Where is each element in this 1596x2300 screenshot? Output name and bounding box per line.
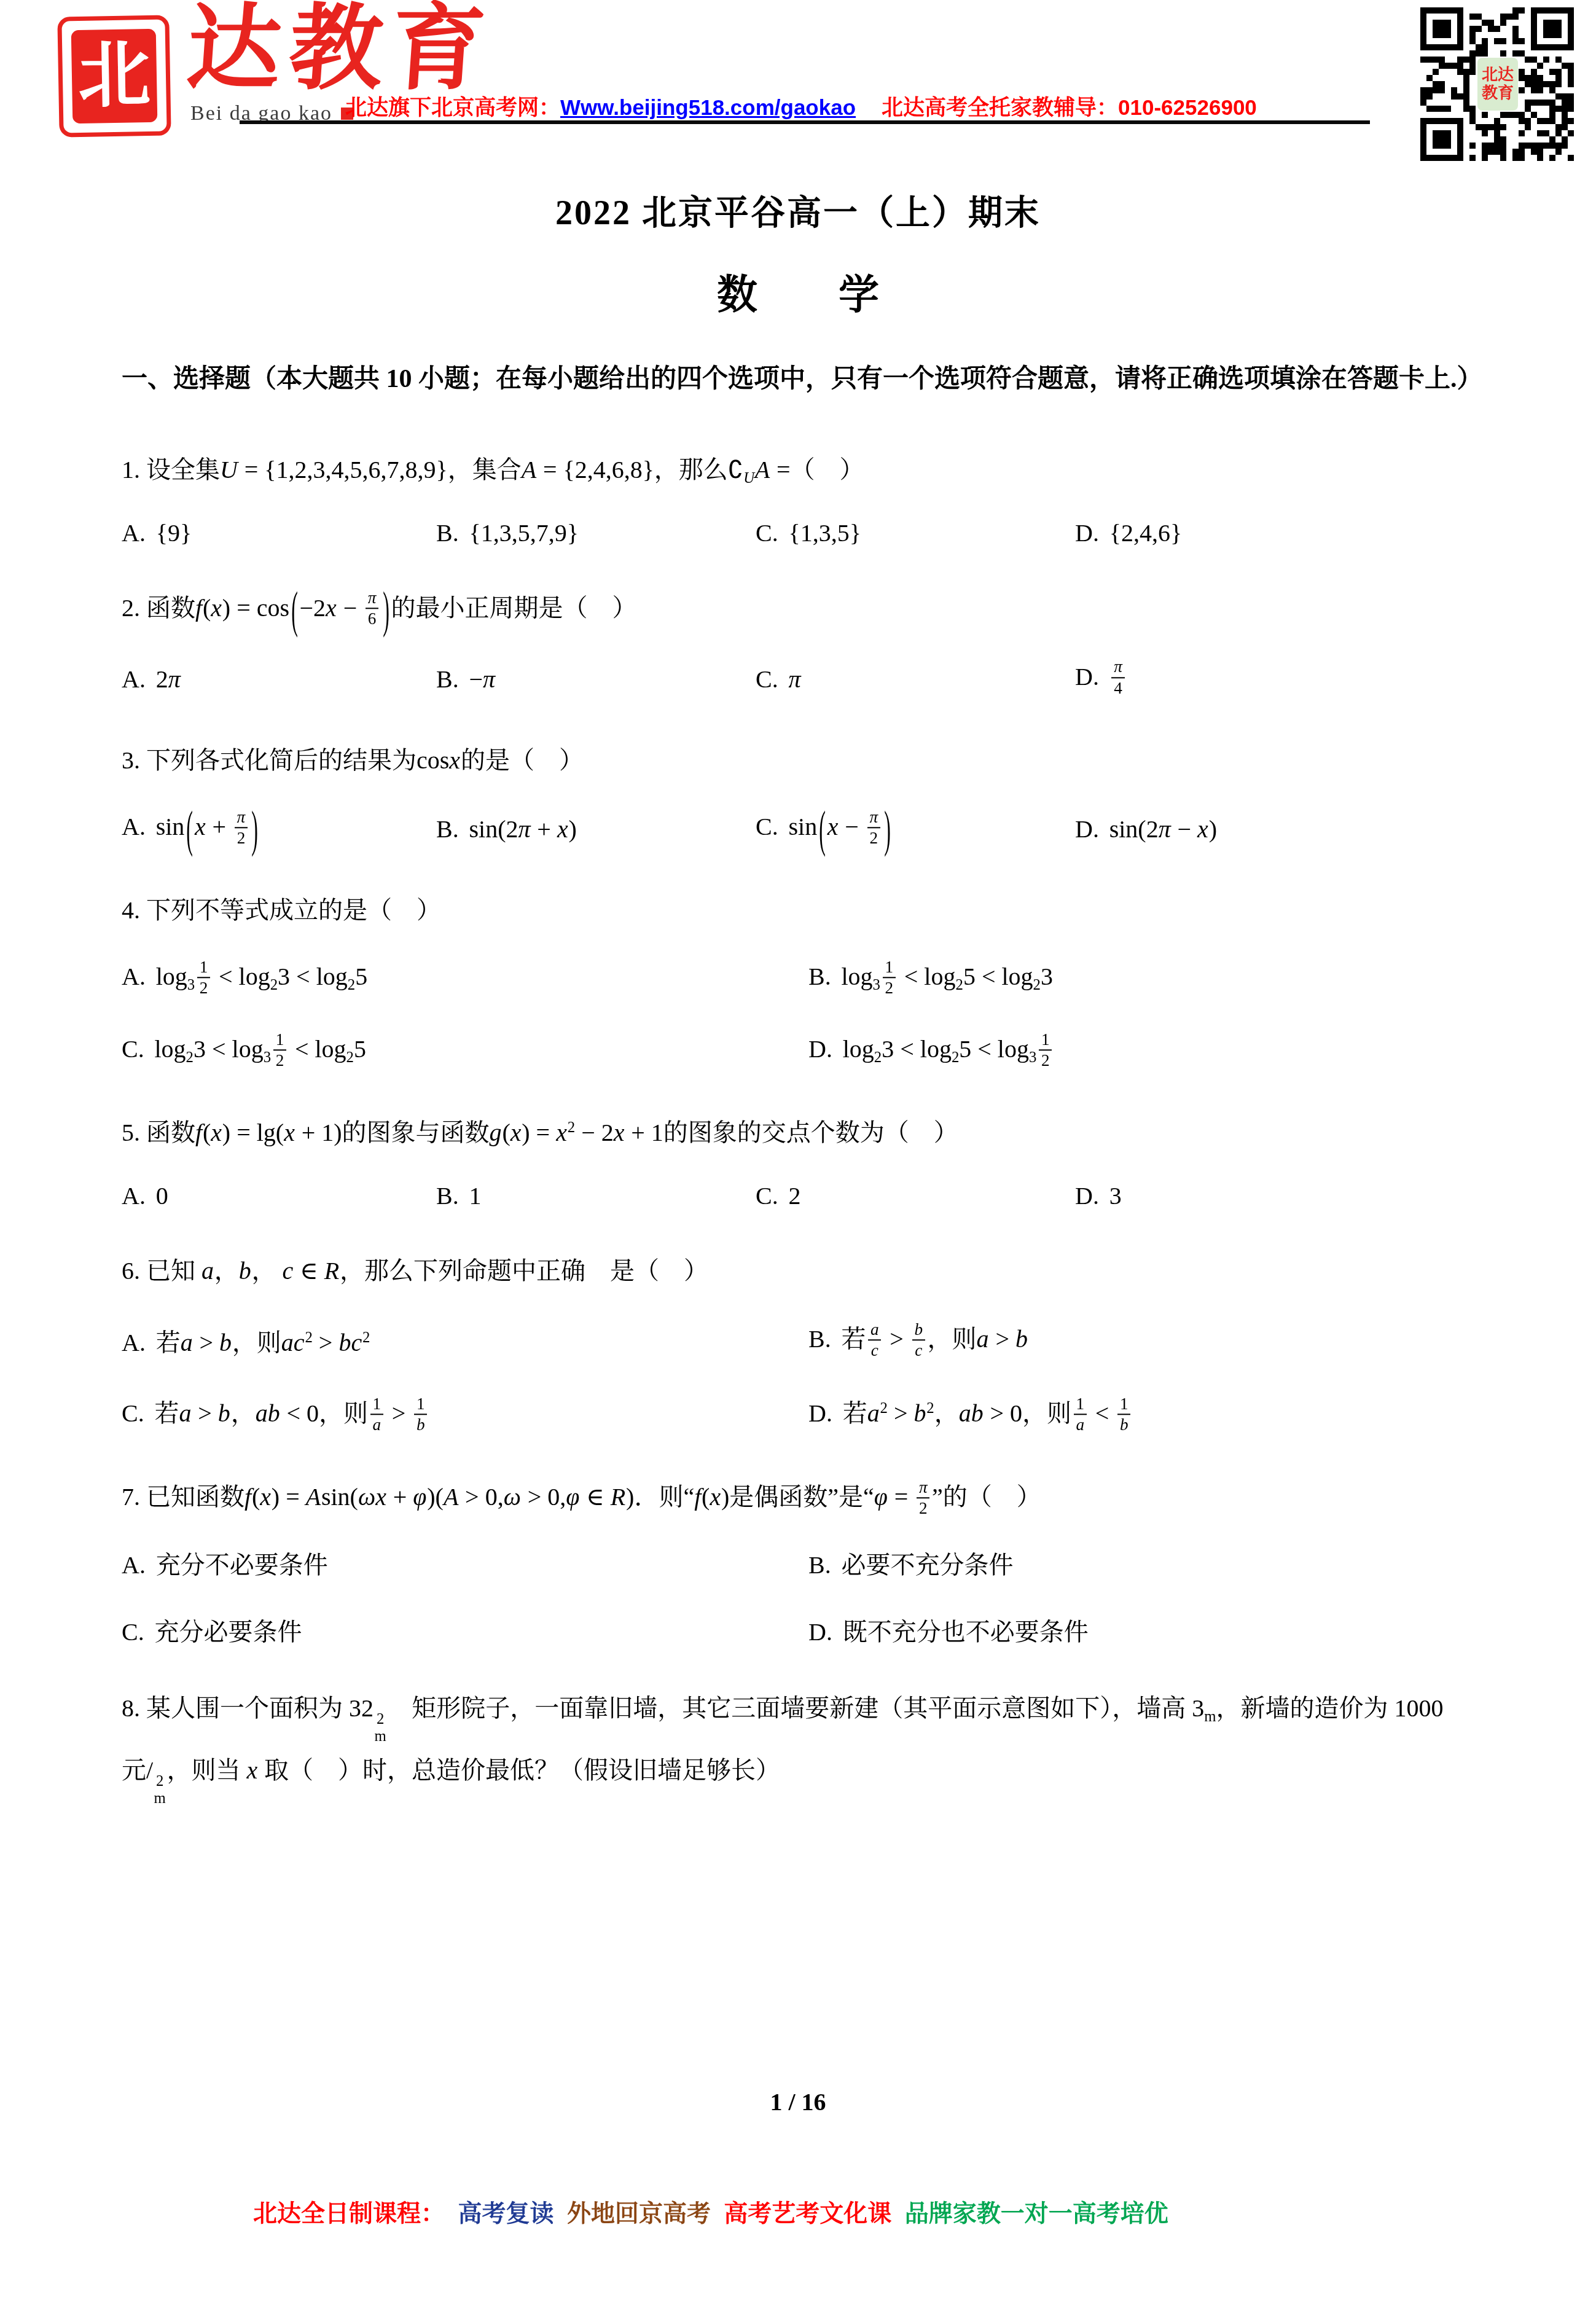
fraction: π2 bbox=[867, 807, 880, 848]
subscript: 2 bbox=[952, 1049, 959, 1066]
text-run: = {1,2,3,4,5,6,7,8,9}，集合 bbox=[238, 456, 522, 483]
text-run: ( bbox=[203, 594, 211, 622]
fraction: bc bbox=[912, 1320, 925, 1360]
math-variable: ab bbox=[959, 1399, 984, 1427]
header-site-label: 北达旗下北京高考网： bbox=[345, 96, 560, 120]
question-stem: 5. 函数f(x) = lg(x + 1)的图象与函数g(x) = x2 − 2… bbox=[122, 1108, 1474, 1158]
text-run: < 0，则 bbox=[280, 1399, 368, 1427]
superscript: 2 bbox=[568, 1120, 575, 1136]
math-variable: f bbox=[195, 1119, 203, 1146]
fraction-numerator: π bbox=[235, 807, 248, 828]
question-3: 3. 下列各式化简后的结果为cosx的是（ ）A.sin(x + π2)B.si… bbox=[122, 735, 1474, 850]
option-label: D. bbox=[808, 1035, 832, 1063]
text-run: ”的（ ） bbox=[932, 1483, 1041, 1511]
unit-stack: 2m bbox=[154, 1773, 166, 1807]
math-variable: A bbox=[755, 456, 770, 483]
text-run: sin bbox=[788, 813, 817, 840]
math-variable: x bbox=[211, 1119, 222, 1146]
option-C: C.π bbox=[756, 665, 1075, 694]
option-label: D. bbox=[808, 1399, 832, 1427]
math-variable: ω bbox=[504, 1483, 522, 1511]
fraction-denominator: c bbox=[912, 1340, 925, 1360]
fraction-numerator: 1 bbox=[197, 957, 210, 978]
text-run: 若 bbox=[156, 1329, 181, 1356]
subscript: 2 bbox=[348, 977, 355, 993]
big-paren-close: ) bbox=[885, 800, 891, 859]
text-run: > 0，则 bbox=[984, 1399, 1071, 1427]
text-run: > bbox=[192, 1399, 218, 1427]
fraction: 12 bbox=[883, 957, 896, 998]
text-run: = {2,4,6,8}，那么∁ bbox=[537, 456, 743, 483]
math-variable: c bbox=[283, 1257, 294, 1285]
text-run: 充分必要条件 bbox=[154, 1618, 302, 1646]
stack-top: 2 bbox=[377, 1711, 384, 1728]
text-run: 1. 设全集 bbox=[122, 456, 220, 483]
math-variable: a bbox=[179, 1399, 192, 1427]
math-variable: f bbox=[694, 1483, 702, 1511]
math-variable: x bbox=[284, 1119, 295, 1146]
option-B: B.{1,3,5,7,9} bbox=[436, 518, 756, 547]
option-label: B. bbox=[436, 665, 459, 693]
text-run: 3 bbox=[1109, 1182, 1122, 1210]
option-A: A.0 bbox=[122, 1181, 436, 1210]
big-paren-close: ) bbox=[252, 800, 259, 859]
fraction: π2 bbox=[235, 807, 248, 848]
text-run: > bbox=[193, 1329, 219, 1356]
logo-stamp-char: 北 bbox=[77, 39, 151, 113]
option-label: D. bbox=[1075, 1182, 1099, 1210]
option-label: A. bbox=[122, 813, 146, 840]
option-label: D. bbox=[1075, 663, 1099, 690]
question-stem: 2. 函数f(x) = cos(−2x − π6)的最小正周期是（ ） bbox=[122, 583, 1474, 636]
option-C: C.充分必要条件 bbox=[122, 1613, 808, 1648]
option-label: D. bbox=[808, 1618, 832, 1646]
math-variable: ac bbox=[281, 1329, 305, 1356]
gaokao-site-link[interactable]: Www.beijing518.com/gaokao bbox=[560, 96, 856, 120]
fraction-numerator: a bbox=[868, 1320, 881, 1340]
option-D: D.log23 < log25 < log312 bbox=[808, 1031, 1474, 1072]
math-variable: x bbox=[211, 594, 222, 622]
text-run: 5 bbox=[354, 1035, 366, 1063]
question-stem: 7. 已知函数f(x) = Asin(ωx + φ)(A > 0,ω > 0,φ… bbox=[122, 1472, 1474, 1522]
question-list: 1. 设全集U = {1,2,3,4,5,6,7,8,9}，集合A = {2,4… bbox=[122, 445, 1474, 1807]
fraction-numerator: 1 bbox=[414, 1394, 427, 1415]
subscript: 2 bbox=[1033, 977, 1041, 993]
subscript: 2 bbox=[186, 1049, 194, 1066]
math-variable: b bbox=[239, 1257, 252, 1285]
text-run: < log bbox=[898, 963, 956, 990]
text-run: 若 bbox=[843, 1399, 867, 1427]
page-header: 北 达教育 Bei da gao kao 北达旗下北京高考网：Www.beiji… bbox=[0, 0, 1596, 152]
fraction-numerator: π bbox=[867, 807, 880, 828]
unit-stack: 2m bbox=[374, 1711, 386, 1745]
text-run: > bbox=[386, 1399, 412, 1427]
text-run: 若 bbox=[841, 1325, 866, 1353]
text-run: log bbox=[154, 1035, 186, 1063]
text-run: 充分不必要条件 bbox=[156, 1551, 328, 1579]
text-run: 矩形院子，一面靠旧墙，其它三面墙要新建（其平面示意图如下），墙高 3 bbox=[387, 1694, 1204, 1722]
text-run: 既不充分也不必要条件 bbox=[843, 1618, 1089, 1646]
text-run: 3. 下列各式化简后的结果为cos bbox=[122, 746, 449, 774]
big-paren-close: ) bbox=[383, 558, 389, 662]
question-stem: 1. 设全集U = {1,2,3,4,5,6,7,8,9}，集合A = {2,4… bbox=[122, 445, 1474, 495]
question-1: 1. 设全集U = {1,2,3,4,5,6,7,8,9}，集合A = {2,4… bbox=[122, 445, 1474, 547]
math-variable: x bbox=[710, 1483, 721, 1511]
text-run: ，则当 bbox=[166, 1756, 246, 1784]
text-run: )是偶函数”是“ bbox=[721, 1483, 874, 1511]
math-variable: x bbox=[556, 1119, 568, 1146]
math-variable: a bbox=[181, 1329, 194, 1356]
math-variable: b bbox=[1015, 1325, 1028, 1353]
text-run: 3 < log bbox=[882, 1035, 952, 1063]
question-stem: 4. 下列不等式成立的是（ ） bbox=[122, 885, 1474, 936]
question-6: 6. 已知 a，b， c ∈ R，那么下列命题中正确 是（ ）A.若a > b，… bbox=[122, 1246, 1474, 1436]
promo-item: 高考艺考文化课 bbox=[724, 2200, 891, 2227]
fraction: ac bbox=[868, 1320, 881, 1360]
math-variable: x bbox=[195, 813, 206, 840]
math-variable: f bbox=[244, 1483, 252, 1511]
fraction: 1a bbox=[1074, 1394, 1087, 1434]
question-stem: 3. 下列各式化简后的结果为cosx的是（ ） bbox=[122, 735, 1474, 786]
header-phone-label: 北达高考全托家教辅导：010-62526900 bbox=[882, 96, 1257, 120]
option-label: A. bbox=[122, 1329, 146, 1356]
option-label: C. bbox=[756, 665, 778, 693]
option-grid: A.log312 < log23 < log25B.log312 < log25… bbox=[122, 959, 1474, 1072]
subscript: 2 bbox=[270, 977, 278, 993]
option-A: A.log312 < log23 < log25 bbox=[122, 959, 808, 999]
promo-item: 外地回京高考 bbox=[567, 2200, 711, 2227]
option-C: C.{1,3,5} bbox=[756, 518, 1075, 547]
fraction-denominator: 2 bbox=[235, 828, 248, 848]
option-B: B.sin(2π + x) bbox=[436, 815, 756, 843]
fraction-denominator: a bbox=[1074, 1415, 1087, 1434]
option-A: A.sin(x + π2) bbox=[122, 809, 436, 850]
math-variable: a bbox=[977, 1325, 990, 1353]
qr-logo-line1: 北达 bbox=[1482, 66, 1514, 84]
math-variable: b bbox=[218, 1399, 231, 1427]
text-run: {9} bbox=[156, 519, 192, 547]
text-run: + 1)的图象与函数 bbox=[295, 1119, 490, 1146]
text-run: − bbox=[839, 813, 865, 840]
fraction: π6 bbox=[366, 589, 378, 629]
text-run: > bbox=[989, 1325, 1015, 1353]
question-7: 7. 已知函数f(x) = Asin(ωx + φ)(A > 0,ω > 0,φ… bbox=[122, 1472, 1474, 1648]
math-variable: π bbox=[1159, 815, 1172, 843]
stack-bottom: m bbox=[154, 1790, 166, 1807]
text-run: ( bbox=[252, 1483, 260, 1511]
text-run: sin(2 bbox=[469, 815, 518, 843]
subscript: 3 bbox=[1029, 1049, 1036, 1066]
option-label: D. bbox=[1075, 519, 1099, 547]
math-variable: b bbox=[219, 1329, 232, 1356]
math-variable: b bbox=[913, 1399, 926, 1427]
header-contact-line: 北达旗下北京高考网：Www.beijing518.com/gaokao北达高考全… bbox=[345, 91, 1257, 122]
exam-title: 2022 北京平谷高一（上）期末 bbox=[122, 186, 1474, 235]
text-run: ) bbox=[568, 815, 576, 843]
promo-item: 高考复读 bbox=[458, 2200, 554, 2227]
superscript: 2 bbox=[362, 1329, 370, 1346]
text-run: 的是（ ） bbox=[461, 746, 584, 774]
text-run: 7. 已知函数 bbox=[122, 1483, 244, 1511]
text-run: 2 bbox=[156, 665, 168, 693]
promo-item: 品牌家教一对一高考培优 bbox=[905, 2200, 1168, 2227]
text-run: ，则 bbox=[928, 1325, 977, 1353]
text-run: ，那么下列命题中正确 是（ ） bbox=[340, 1257, 708, 1285]
text-run: ， bbox=[231, 1399, 256, 1427]
option-label: A. bbox=[122, 1551, 146, 1579]
qr-center-logo: 北达 教育 bbox=[1477, 58, 1518, 111]
text-run: 3 bbox=[1041, 963, 1053, 990]
fraction-numerator: 1 bbox=[273, 1030, 286, 1050]
text-run: < bbox=[1089, 1399, 1116, 1427]
option-label: C. bbox=[756, 813, 778, 840]
text-run: − bbox=[337, 594, 364, 622]
subscript: U bbox=[743, 470, 754, 487]
fraction-numerator: 1 bbox=[883, 957, 896, 978]
math-variable: x bbox=[557, 815, 569, 843]
fraction-denominator: b bbox=[1117, 1415, 1130, 1434]
text-run: {2,4,6} bbox=[1109, 519, 1182, 547]
promo-item: 北达全日制课程： bbox=[253, 2200, 445, 2227]
text-run: < log bbox=[213, 963, 270, 990]
text-run: > 0, bbox=[459, 1483, 504, 1511]
subscript: 2 bbox=[346, 1049, 354, 1066]
text-run: 0 bbox=[156, 1182, 168, 1210]
logo-stamp-inner: 北 bbox=[71, 29, 158, 123]
fraction-numerator: b bbox=[912, 1320, 925, 1340]
text-run: 3 < log bbox=[194, 1035, 264, 1063]
text-run: 取（ ）时，总造价最低？（假设旧墙足够长） bbox=[258, 1756, 780, 1784]
math-variable: ωx bbox=[358, 1483, 387, 1511]
option-label: C. bbox=[756, 519, 778, 547]
logo-brand-text: 达教育 bbox=[184, 2, 497, 96]
option-label: B. bbox=[436, 815, 459, 843]
option-label: B. bbox=[808, 963, 831, 990]
page-number: 1 / 16 bbox=[0, 2087, 1596, 2116]
math-variable: bc bbox=[338, 1329, 362, 1356]
text-run: sin bbox=[156, 813, 185, 840]
math-variable: A bbox=[522, 456, 537, 483]
text-run: 1 bbox=[469, 1182, 481, 1210]
fraction-denominator: b bbox=[414, 1415, 427, 1434]
option-label: A. bbox=[122, 963, 146, 990]
text-run: ) = bbox=[522, 1119, 556, 1146]
fraction-denominator: c bbox=[869, 1340, 881, 1360]
text-run: ) = bbox=[272, 1483, 306, 1511]
text-run: > 0, bbox=[522, 1483, 566, 1511]
text-run: ， bbox=[214, 1257, 239, 1285]
fraction: 12 bbox=[197, 957, 210, 998]
text-run: + bbox=[387, 1483, 413, 1511]
math-variable: φ bbox=[566, 1483, 580, 1511]
option-grid: A.若a > b，则ac2 > bc2B.若ac > bc，则a > bC.若a… bbox=[122, 1320, 1474, 1436]
math-variable: x bbox=[827, 813, 839, 840]
math-variable: A bbox=[306, 1483, 321, 1511]
option-A: A.{9} bbox=[122, 518, 436, 547]
text-run: 2. 函数 bbox=[122, 594, 195, 622]
fraction: 12 bbox=[273, 1030, 286, 1070]
text-run: 6. 已知 bbox=[122, 1257, 201, 1285]
text-run: ，则 bbox=[232, 1329, 281, 1356]
option-B: B.若ac > bc，则a > b bbox=[808, 1320, 1474, 1362]
text-run: 2 bbox=[788, 1182, 800, 1210]
option-B: B.1 bbox=[436, 1181, 756, 1210]
option-label: C. bbox=[122, 1399, 144, 1427]
text-run: 若 bbox=[154, 1399, 179, 1427]
option-label: A. bbox=[122, 519, 146, 547]
math-variable: x bbox=[449, 746, 461, 774]
option-label: D. bbox=[1075, 815, 1099, 843]
option-label: B. bbox=[808, 1551, 831, 1579]
text-run: ( bbox=[702, 1483, 710, 1511]
option-label: B. bbox=[436, 1182, 459, 1210]
fraction-denominator: 2 bbox=[273, 1050, 286, 1070]
math-variable: x bbox=[510, 1119, 522, 1146]
subscript: 3 bbox=[873, 977, 880, 993]
document-page: 北 达教育 Bei da gao kao 北达旗下北京高考网：Www.beiji… bbox=[0, 0, 1596, 2300]
option-D: D.sin(2π − x) bbox=[1075, 815, 1474, 843]
text-run: + bbox=[531, 815, 557, 843]
option-B: B.必要不充分条件 bbox=[808, 1546, 1474, 1581]
big-paren-open: ( bbox=[186, 800, 193, 859]
question-stem: 8. 某人围一个面积为 322m 矩形院子，一面靠旧墙，其它三面墙要新建（其平面… bbox=[122, 1683, 1474, 1807]
option-A: A.2π bbox=[122, 665, 436, 694]
text-run: =（ ） bbox=[770, 456, 864, 483]
math-variable: π bbox=[483, 665, 496, 693]
question-4: 4. 下列不等式成立的是（ ）A.log312 < log23 < log25B… bbox=[122, 885, 1474, 1072]
fraction: π2 bbox=[917, 1477, 929, 1518]
text-run: −2 bbox=[300, 594, 326, 622]
text-run: 5 bbox=[355, 963, 367, 990]
big-paren-open: ( bbox=[819, 800, 826, 859]
subscript: 3 bbox=[187, 977, 195, 993]
text-run: > bbox=[313, 1329, 339, 1356]
option-C: C.log23 < log312 < log25 bbox=[122, 1031, 808, 1072]
option-grid: A.sin(x + π2)B.sin(2π + x)C.sin(x − π2)D… bbox=[122, 809, 1474, 850]
stack-top: 2 bbox=[156, 1773, 163, 1790]
fraction-denominator: 2 bbox=[1039, 1050, 1052, 1070]
text-run: 4. 下列不等式成立的是（ ） bbox=[122, 896, 441, 924]
option-grid: A.{9}B.{1,3,5,7,9}C.{1,3,5}D.{2,4,6} bbox=[122, 518, 1474, 547]
option-A: A.充分不必要条件 bbox=[122, 1546, 808, 1581]
option-D: D.{2,4,6} bbox=[1075, 518, 1474, 547]
logo-stamp-icon: 北 bbox=[57, 15, 171, 137]
fraction-numerator: 1 bbox=[1117, 1394, 1130, 1415]
text-run: ( bbox=[203, 1119, 211, 1146]
text-run: )( bbox=[427, 1483, 444, 1511]
math-variable: π bbox=[788, 665, 801, 693]
math-variable: ab bbox=[256, 1399, 281, 1427]
text-run: 5 < log bbox=[959, 1035, 1029, 1063]
fraction: 1b bbox=[414, 1394, 427, 1434]
qr-logo-line2: 教育 bbox=[1482, 84, 1514, 103]
option-C: C.sin(x − π2) bbox=[756, 809, 1075, 850]
fraction: 1b bbox=[1117, 1394, 1130, 1434]
text-run: 8. 某人围一个面积为 32 bbox=[122, 1694, 374, 1722]
option-label: C. bbox=[122, 1618, 144, 1646]
fraction-denominator: 2 bbox=[867, 828, 880, 848]
option-label: B. bbox=[808, 1325, 831, 1353]
text-run: = bbox=[888, 1483, 915, 1511]
math-variable: π bbox=[168, 665, 181, 693]
math-variable: U bbox=[220, 456, 238, 483]
text-run: )．则“ bbox=[626, 1483, 694, 1511]
option-label: A. bbox=[122, 665, 146, 693]
text-run: 3 < log bbox=[278, 963, 348, 990]
option-A: A.若a > b，则ac2 > bc2 bbox=[122, 1323, 808, 1358]
fraction: π4 bbox=[1111, 657, 1124, 698]
text-run: log bbox=[843, 1035, 874, 1063]
text-run: {1,3,5} bbox=[788, 519, 861, 547]
header-rule bbox=[240, 120, 1370, 124]
math-variable: A bbox=[444, 1483, 459, 1511]
superscript: 2 bbox=[305, 1329, 312, 1346]
text-run: 必要不充分条件 bbox=[841, 1551, 1013, 1579]
text-run: ∈ bbox=[580, 1483, 611, 1511]
question-8: 8. 某人围一个面积为 322m 矩形院子，一面靠旧墙，其它三面墙要新建（其平面… bbox=[122, 1683, 1474, 1807]
subscript: 2 bbox=[955, 977, 963, 993]
option-B: B.log312 < log25 < log23 bbox=[808, 959, 1474, 999]
text-run: 5. 函数 bbox=[122, 1119, 195, 1146]
text-run: sin(2 bbox=[1109, 815, 1159, 843]
text-run: < log bbox=[289, 1035, 346, 1063]
section-header: 一、选择题（本大题共 10 小题；在每小题给出的四个选项中，只有一个选项符合题意… bbox=[122, 350, 1474, 409]
option-grid: A.2πB.−πC.πD.π4 bbox=[122, 659, 1474, 699]
fraction-denominator: a bbox=[370, 1415, 383, 1434]
option-D: D.3 bbox=[1075, 1181, 1474, 1210]
fraction-numerator: 1 bbox=[370, 1394, 383, 1415]
option-grid: A.0B.1C.2D.3 bbox=[122, 1181, 1474, 1210]
question-2: 2. 函数f(x) = cos(−2x − π6)的最小正周期是（ ）A.2πB… bbox=[122, 583, 1474, 700]
fraction-numerator: π bbox=[917, 1477, 929, 1498]
text-run: log bbox=[841, 963, 872, 990]
option-D: D.π4 bbox=[1075, 659, 1474, 699]
text-run: + 1的图象的交点个数为（ ） bbox=[625, 1119, 958, 1146]
fraction-denominator: 4 bbox=[1112, 678, 1125, 698]
option-label: C. bbox=[122, 1035, 144, 1063]
math-variable: a bbox=[867, 1399, 880, 1427]
text-run: − bbox=[1172, 815, 1198, 843]
subscript: m bbox=[1204, 1708, 1216, 1725]
text-run: > bbox=[888, 1399, 914, 1427]
superscript: 2 bbox=[926, 1400, 934, 1417]
subscript: 3 bbox=[264, 1049, 271, 1066]
question-5: 5. 函数f(x) = lg(x + 1)的图象与函数g(x) = x2 − 2… bbox=[122, 1108, 1474, 1210]
option-C: C.2 bbox=[756, 1181, 1075, 1210]
fraction-numerator: 1 bbox=[1074, 1394, 1087, 1415]
math-variable: g bbox=[490, 1119, 503, 1146]
text-run: 5 < log bbox=[963, 963, 1033, 990]
fraction-numerator: π bbox=[1111, 657, 1124, 678]
text-run: ) = cos bbox=[222, 594, 289, 622]
math-variable: a bbox=[201, 1257, 214, 1285]
footer-promos: 北达全日制课程：高考复读外地回京高考高考艺考文化课品牌家教一对一高考培优 bbox=[253, 2194, 1181, 2229]
text-run: {1,3,5,7,9} bbox=[469, 519, 578, 547]
option-label: C. bbox=[756, 1182, 778, 1210]
math-variable: φ bbox=[874, 1483, 888, 1511]
text-run: + bbox=[206, 813, 232, 840]
fraction-denominator: 6 bbox=[366, 609, 378, 629]
fraction: 1a bbox=[370, 1394, 383, 1434]
option-D: D.若a2 > b2，ab > 0，则1a < 1b bbox=[808, 1394, 1474, 1436]
math-variable: φ bbox=[413, 1483, 427, 1511]
text-run: ( bbox=[502, 1119, 510, 1146]
math-variable: x bbox=[246, 1756, 258, 1784]
qr-code: 北达 教育 bbox=[1420, 7, 1574, 161]
option-grid: A.充分不必要条件B.必要不充分条件C.充分必要条件D.既不充分也不必要条件 bbox=[122, 1546, 1474, 1648]
text-run: sin( bbox=[321, 1483, 358, 1511]
option-D: D.既不充分也不必要条件 bbox=[808, 1613, 1474, 1648]
